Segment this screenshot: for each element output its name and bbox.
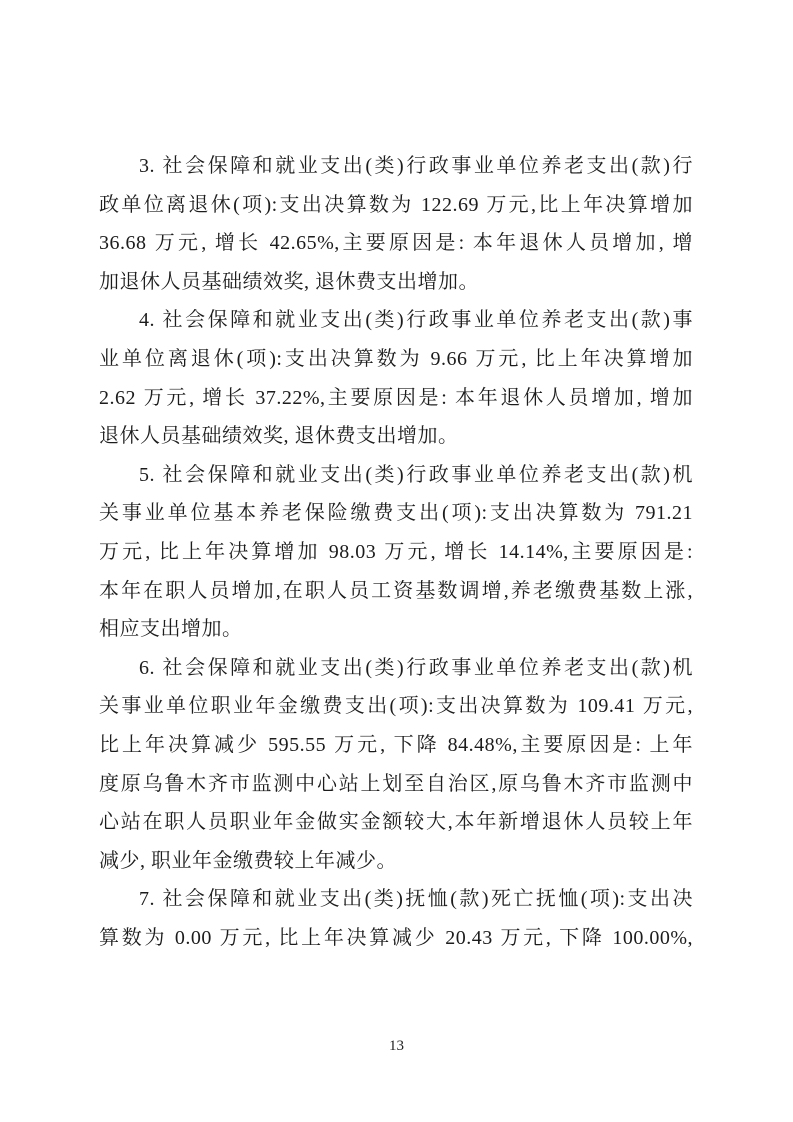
text-line: 6. 社会保障和就业支出(类)行政事业单位养老支出(款)机 bbox=[99, 649, 693, 688]
text-line: 减少, 职业年金缴费较上年减少。 bbox=[99, 842, 693, 881]
page-number: 13 bbox=[0, 1036, 793, 1056]
text-line: 退休人员基础绩效奖, 退休费支出增加。 bbox=[99, 417, 693, 456]
document-page: 3. 社会保障和就业支出(类)行政事业单位养老支出(款)行 政单位离退休(项):… bbox=[0, 0, 793, 1122]
paragraph-6: 6. 社会保障和就业支出(类)行政事业单位养老支出(款)机 关事业单位职业年金缴… bbox=[99, 649, 693, 881]
text-line: 算数为 0.00 万元, 比上年决算减少 20.43 万元, 下降 100.00… bbox=[99, 919, 693, 958]
text-line: 关事业单位职业年金缴费支出(项):支出决算数为 109.41 万元, bbox=[99, 687, 693, 726]
text-line: 度原乌鲁木齐市监测中心站上划至自治区,原乌鲁木齐市监测中 bbox=[99, 765, 693, 804]
text-line: 加退休人员基础绩效奖, 退休费支出增加。 bbox=[99, 263, 693, 302]
paragraph-3: 3. 社会保障和就业支出(类)行政事业单位养老支出(款)行 政单位离退休(项):… bbox=[99, 147, 693, 301]
text-line: 36.68 万元, 增长 42.65%,主要原因是: 本年退休人员增加, 增 bbox=[99, 224, 693, 263]
text-line: 5. 社会保障和就业支出(类)行政事业单位养老支出(款)机 bbox=[99, 456, 693, 495]
paragraph-7: 7. 社会保障和就业支出(类)抚恤(款)死亡抚恤(项):支出决 算数为 0.00… bbox=[99, 880, 693, 957]
text-line: 7. 社会保障和就业支出(类)抚恤(款)死亡抚恤(项):支出决 bbox=[99, 880, 693, 919]
text-line: 本年在职人员增加,在职人员工资基数调增,养老缴费基数上涨, bbox=[99, 572, 693, 611]
text-line: 心站在职人员职业年金做实金额较大,本年新增退休人员较上年 bbox=[99, 803, 693, 842]
text-line: 4. 社会保障和就业支出(类)行政事业单位养老支出(款)事 bbox=[99, 301, 693, 340]
text-line: 万元, 比上年决算增加 98.03 万元, 增长 14.14%,主要原因是: bbox=[99, 533, 693, 572]
text-line: 政单位离退休(项):支出决算数为 122.69 万元,比上年决算增加 bbox=[99, 186, 693, 225]
text-line: 相应支出增加。 bbox=[99, 610, 693, 649]
text-line: 比上年决算减少 595.55 万元, 下降 84.48%,主要原因是: 上年 bbox=[99, 726, 693, 765]
text-line: 3. 社会保障和就业支出(类)行政事业单位养老支出(款)行 bbox=[99, 147, 693, 186]
paragraph-4: 4. 社会保障和就业支出(类)行政事业单位养老支出(款)事 业单位离退休(项):… bbox=[99, 301, 693, 455]
text-line: 业单位离退休(项):支出决算数为 9.66 万元, 比上年决算增加 bbox=[99, 340, 693, 379]
document-body: 3. 社会保障和就业支出(类)行政事业单位养老支出(款)行 政单位离退休(项):… bbox=[99, 147, 693, 957]
paragraph-5: 5. 社会保障和就业支出(类)行政事业单位养老支出(款)机 关事业单位基本养老保… bbox=[99, 456, 693, 649]
text-line: 2.62 万元, 增长 37.22%,主要原因是: 本年退休人员增加, 增加 bbox=[99, 379, 693, 418]
text-line: 关事业单位基本养老保险缴费支出(项):支出决算数为 791.21 bbox=[99, 494, 693, 533]
